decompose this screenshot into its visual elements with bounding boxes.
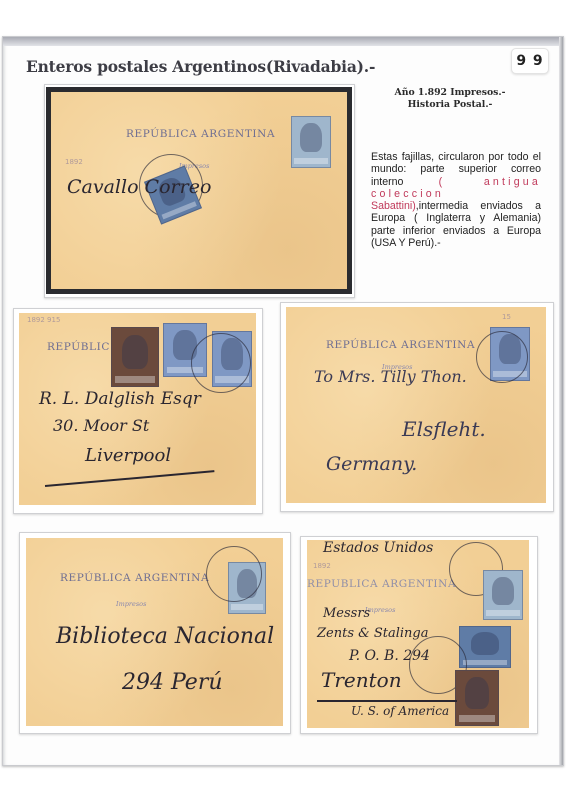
pencil-note: 1892 (65, 158, 83, 166)
address-line-3: P. O. B. 294 (349, 648, 430, 664)
address-line-3: Liverpool (85, 445, 171, 466)
printed-indicium-stamp (483, 570, 523, 620)
address-destination: Estados Unidos (323, 540, 433, 556)
address-line-2: Zents & Stalinga (317, 626, 428, 641)
pencil-note: 15 (502, 313, 511, 321)
address-line-1: Biblioteca Nacional (56, 624, 274, 649)
handwritten-address: Cavallo Correo (67, 176, 211, 198)
postmark-circle (191, 333, 251, 393)
pencil-note: 1892 (313, 562, 331, 570)
address-line-1: To Mrs. Tilly Thon. (314, 367, 467, 386)
underline (45, 470, 214, 486)
postal-wrapper-5: Estados Unidos 1892 REPUBLICA ARGENTINA … (307, 540, 529, 728)
wrapper-label: Impresos (116, 600, 146, 608)
address-line-4: Trenton (321, 668, 402, 692)
underline (317, 700, 457, 702)
address-line-5: U. S. of America (351, 704, 449, 718)
address-line-1: R. L. Dalglish Esqr (39, 389, 201, 409)
wrapper-heading: REPUBLICA ARGENTINA (307, 578, 456, 590)
address-line-1: Messrs (323, 606, 370, 621)
page-title: Enteros postales Argentinos(Rivadabia).- (26, 57, 375, 76)
postal-wrapper-2: REPÚBLIC 1892 915 R. L. Dalglish Esqr 30… (19, 313, 256, 505)
postal-wrapper-1: REPÚBLICA ARGENTINA Impresos 1892 Cavall… (46, 87, 352, 294)
adhesive-stamp-brown (455, 670, 499, 726)
postmark-circle (206, 546, 262, 602)
wrapper-heading: REPÚBLICA ARGENTINA (126, 128, 275, 140)
pencil-note: 1892 915 (27, 316, 60, 324)
description-text: Estas fajillas, circularon por todo el m… (371, 151, 541, 249)
postal-wrapper-4: REPÚBLICA ARGENTINA Impresos Biblioteca … (26, 538, 283, 726)
wrapper-heading: REPÚBLICA ARGENTINA (326, 339, 475, 351)
subheading-topic: Historia Postal.- (380, 99, 520, 111)
subheading-year: Año 1.892 Impresos.- (380, 87, 520, 99)
address-line-3: Germany. (326, 453, 417, 475)
address-line-2: 294 Perú (122, 670, 223, 695)
page-number-badge: 9 9 (511, 48, 549, 74)
printed-indicium-stamp (291, 116, 331, 168)
address-line-2: 30. Moor St (53, 416, 149, 435)
description-collection-name: Sabattini) (371, 200, 416, 212)
wrapper-heading: REPÚBLIC (47, 341, 110, 353)
address-line-2: Elsfleht. (402, 417, 486, 441)
subheading: Año 1.892 Impresos.- Historia Postal.- (380, 87, 520, 111)
postmark-circle (476, 331, 528, 383)
postal-wrapper-3: REPÚBLICA ARGENTINA Impresos 15 To Mrs. … (286, 307, 546, 503)
wrapper-heading: REPÚBLICA ARGENTINA (60, 572, 209, 584)
adhesive-stamp-brown (111, 327, 159, 387)
